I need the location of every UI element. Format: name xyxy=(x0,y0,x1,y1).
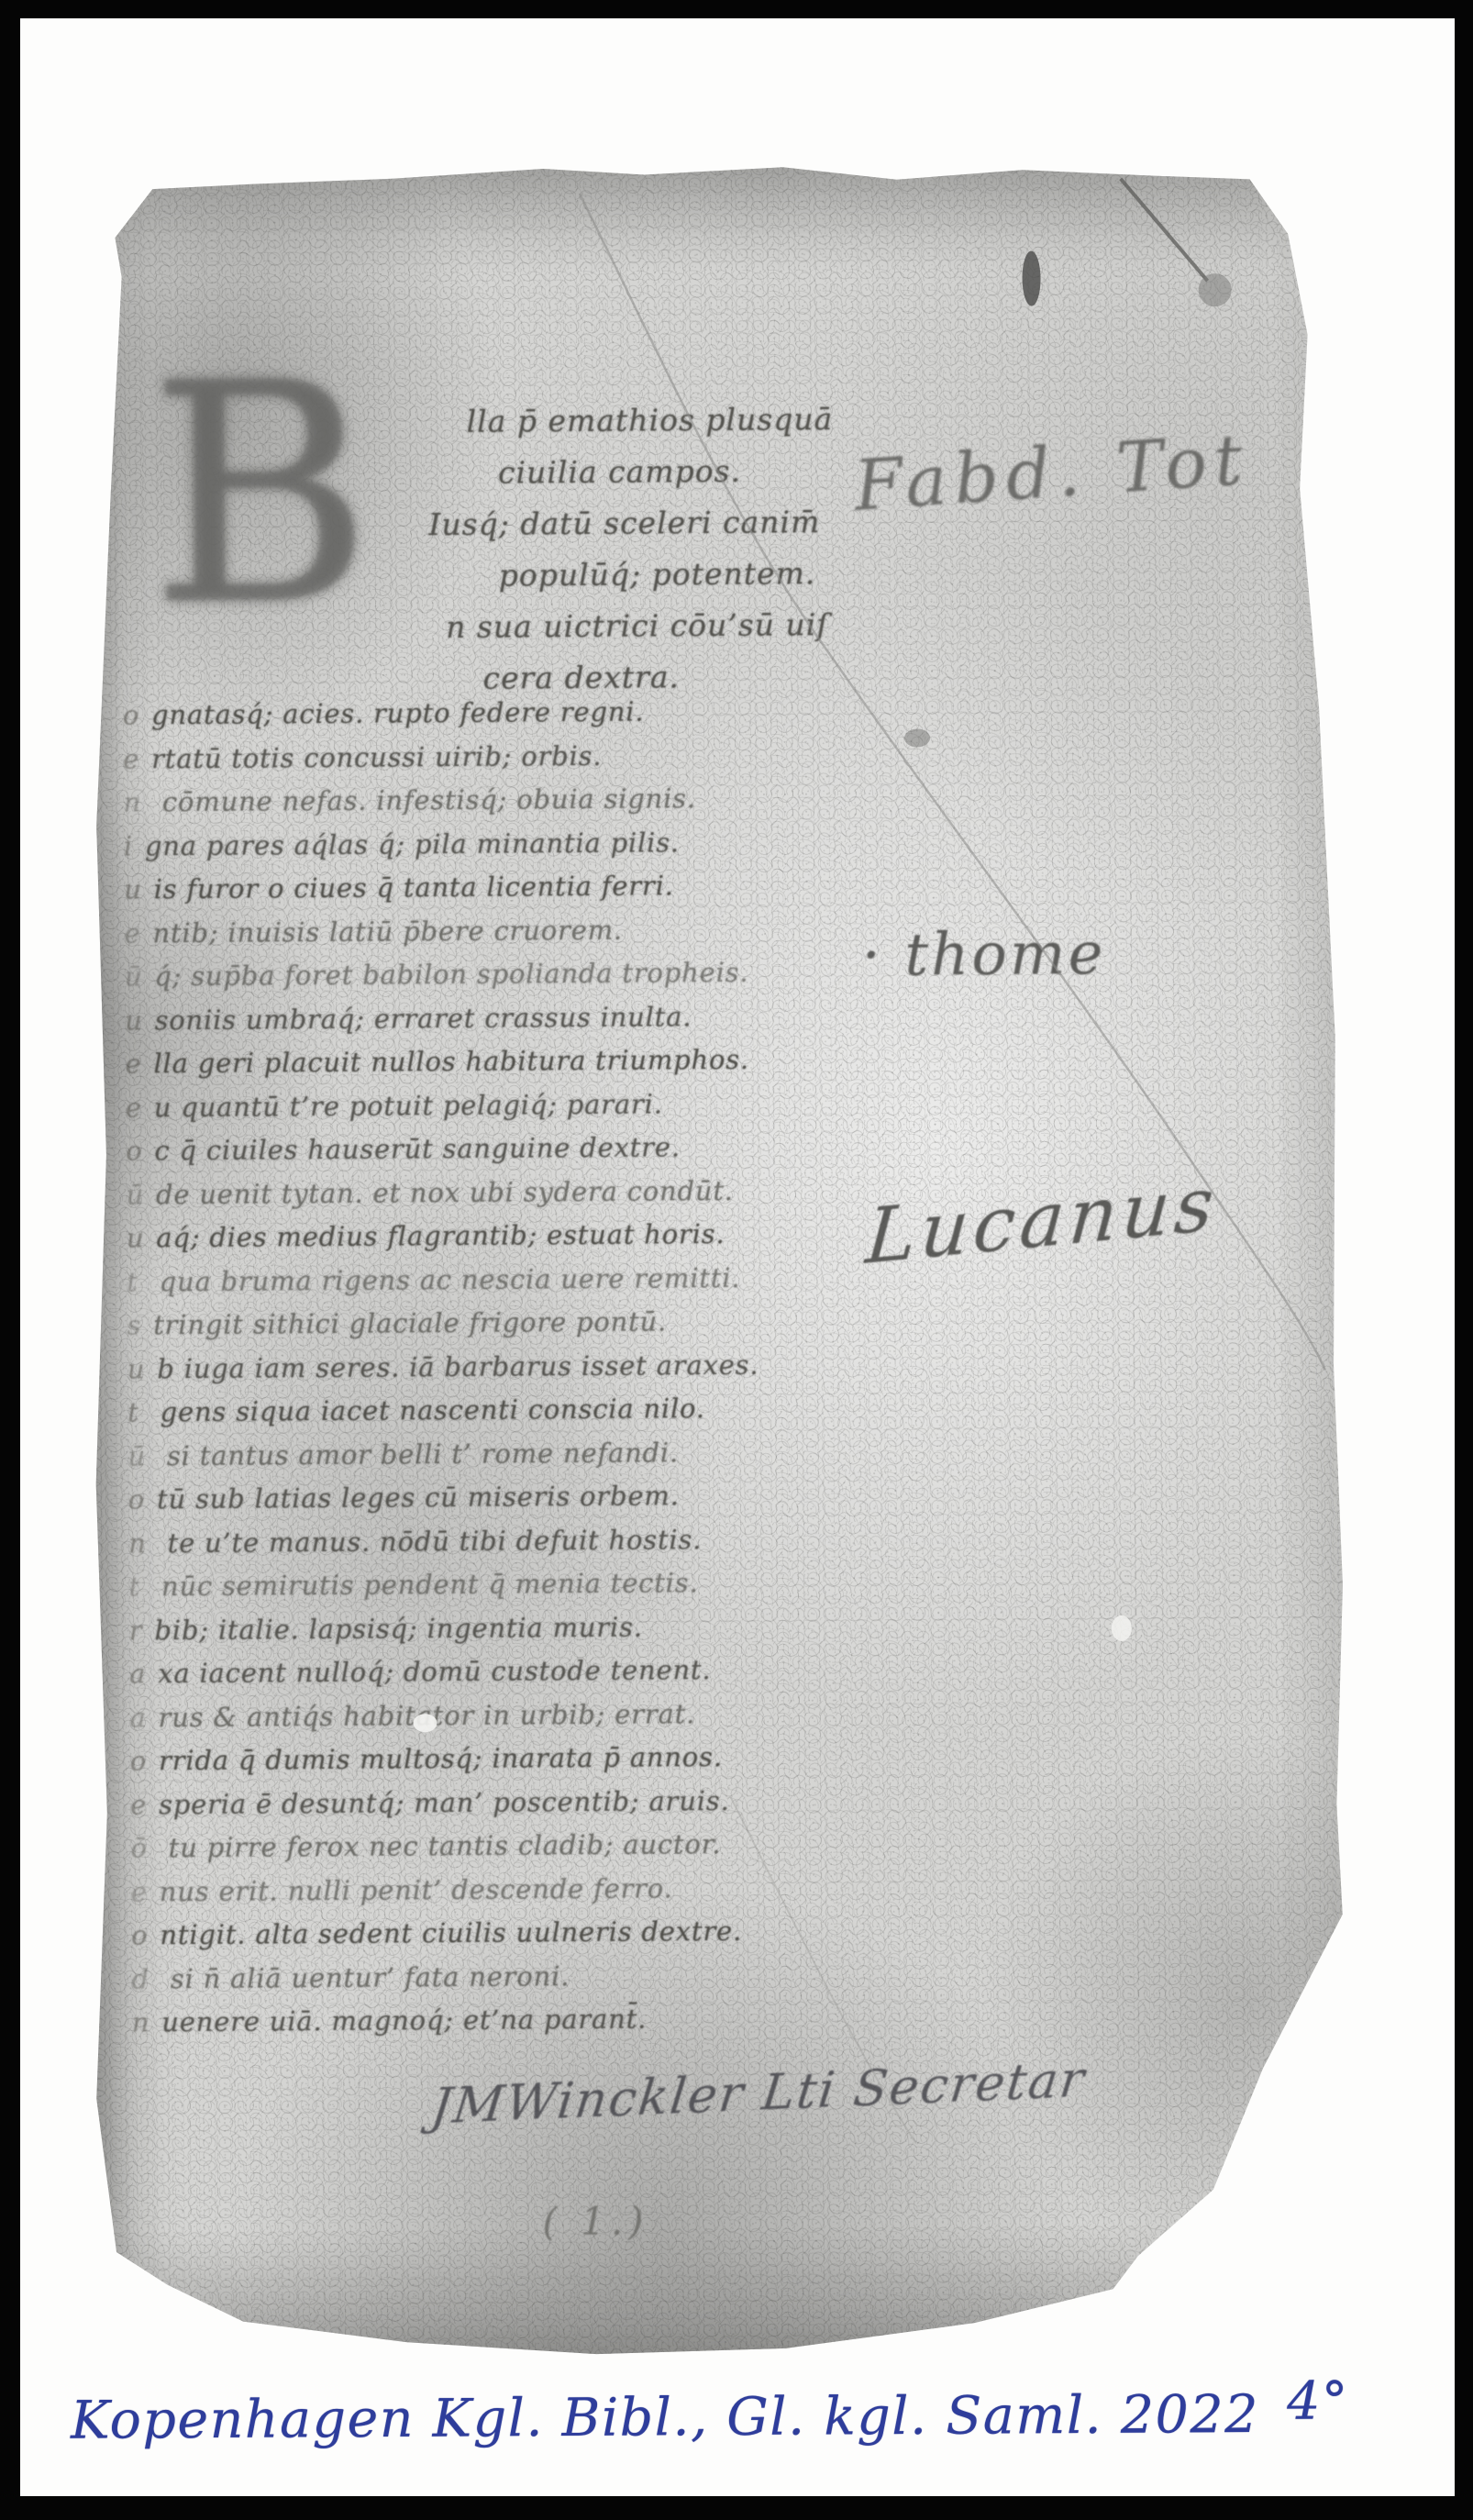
opening-lines-block: lla p̄ emathios plusquāciuilia campos.Iu… xyxy=(440,393,956,705)
folio-mark: ( 1.) xyxy=(542,2199,649,2245)
manuscript-line: t nūc semirutis pendent q̄ menia tectis. xyxy=(128,1560,835,1609)
manuscript-line: lla p̄ emathios plusquā xyxy=(466,393,954,448)
manuscript-line: entib; inuisis latiū p̄bere cruorem. xyxy=(124,907,830,956)
verse-column: ognatasq́; acies. rupto federe regni.ert… xyxy=(123,689,838,2045)
manuscript-line: n sua uictrici cōu’sū uiſ xyxy=(446,598,956,653)
manuscript-line: n te u’te manus. nōdū tibi defuit hostis… xyxy=(128,1517,835,1566)
manuscript-line: rbib; italie. lapsisq́; ingentia muris. xyxy=(129,1604,836,1653)
manuscript-line: ertatū totis concussi uirib; orbis. xyxy=(123,733,829,782)
manuscript-line: eu quantū t’re potuit pelagiq́; parari. xyxy=(126,1082,832,1130)
manuscript-line: ub iuga iam seres. iā barbarus isset ara… xyxy=(127,1343,834,1392)
manuscript-line: ū si tantus amor belli t’ rome nefandi. xyxy=(127,1430,834,1479)
manuscript-line: oc q̄ ciuiles hauserūt sanguine dextre. xyxy=(126,1125,832,1173)
manuscript-line: d si n̄ aliā uentur’ fata neroni. xyxy=(131,1953,837,2002)
manuscript-line: t gens siqua iacet nascenti conscia nilo… xyxy=(127,1386,834,1435)
manuscript-line: ūq́; sup̄ba foret babilon spolianda trop… xyxy=(125,950,831,999)
annotation-signature: JMWinckler Lti Secretar xyxy=(428,2050,1089,2136)
shelfmark-text: Kopenhagen Kgl. Bibl., Gl. kgl. Saml. 20… xyxy=(71,2384,1259,2451)
manuscript-line: stringit sithici glaciale frigore pontū. xyxy=(127,1299,833,1348)
annotation-author-lucanus: Lucanus xyxy=(863,1160,1222,1282)
manuscript-line: arus & antiq́s habitator in urbib; errat… xyxy=(129,1692,836,1740)
manuscript-line: igna pares aq́las q́; pila minantia pili… xyxy=(124,820,830,869)
format-quarto-mark: 4° xyxy=(1287,2370,1349,2431)
manuscript-line: otū sub latias leges cū miseris orbem. xyxy=(128,1473,835,1522)
annotation-thome: · thome xyxy=(861,920,1105,990)
photo-mount-sheet: B lla p̄ emathios plusquāciuilia campos.… xyxy=(20,18,1455,2496)
scanned-manuscript-photo: B lla p̄ emathios plusquāciuilia campos.… xyxy=(0,0,1473,2520)
manuscript-line: n cōmune nefas. infestisq́; obuia signis… xyxy=(123,776,829,825)
manuscript-line: t qua bruma rigens ac nescia uere remitt… xyxy=(127,1256,833,1304)
manuscript-line: ella geri placuit nullos habitura triump… xyxy=(125,1038,831,1086)
manuscript-line: ō tu pirre ferox nec tantis cladib; auct… xyxy=(130,1822,836,1871)
manuscript-line: uis furor o ciues q̄ tanta licentia ferr… xyxy=(124,863,830,912)
manuscript-line: uaq́; dies medius flagrantib; estuat hor… xyxy=(127,1212,833,1260)
manuscript-line: nuenere uiā. magnoq́; et’na parant̄. xyxy=(132,1996,838,2045)
manuscript-line: ognatasq́; acies. rupto federe regni. xyxy=(123,689,829,738)
manuscript-line: usoniis umbraq́; erraret crassus inulta. xyxy=(125,994,831,1043)
manuscript-line: populūq́; potentem. xyxy=(499,547,956,601)
illuminated-initial-B: B xyxy=(131,338,391,670)
manuscript-line: orrida q̄ dumis multosq́; inarata p̄ ann… xyxy=(130,1735,836,1783)
manuscript-line: ūde uenit tytan. et nox ubi sydera condū… xyxy=(126,1169,832,1217)
shelfmark-caption: Kopenhagen Kgl. Bibl., Gl. kgl. Saml. 20… xyxy=(71,2383,1386,2451)
parchment-leaf: B lla p̄ emathios plusquāciuilia campos.… xyxy=(77,159,1354,2362)
manuscript-line: esperia ē desuntq́; man’ poscentib; arui… xyxy=(130,1779,836,1827)
manuscript-line: ontigit. alta sedent ciuilis uulneris de… xyxy=(131,1909,837,1958)
manuscript-line: axa iacent nulloq́; domū custode tenent. xyxy=(129,1648,836,1696)
manuscript-line: enus erit. nulli penit’ descende ferro. xyxy=(131,1866,837,1915)
